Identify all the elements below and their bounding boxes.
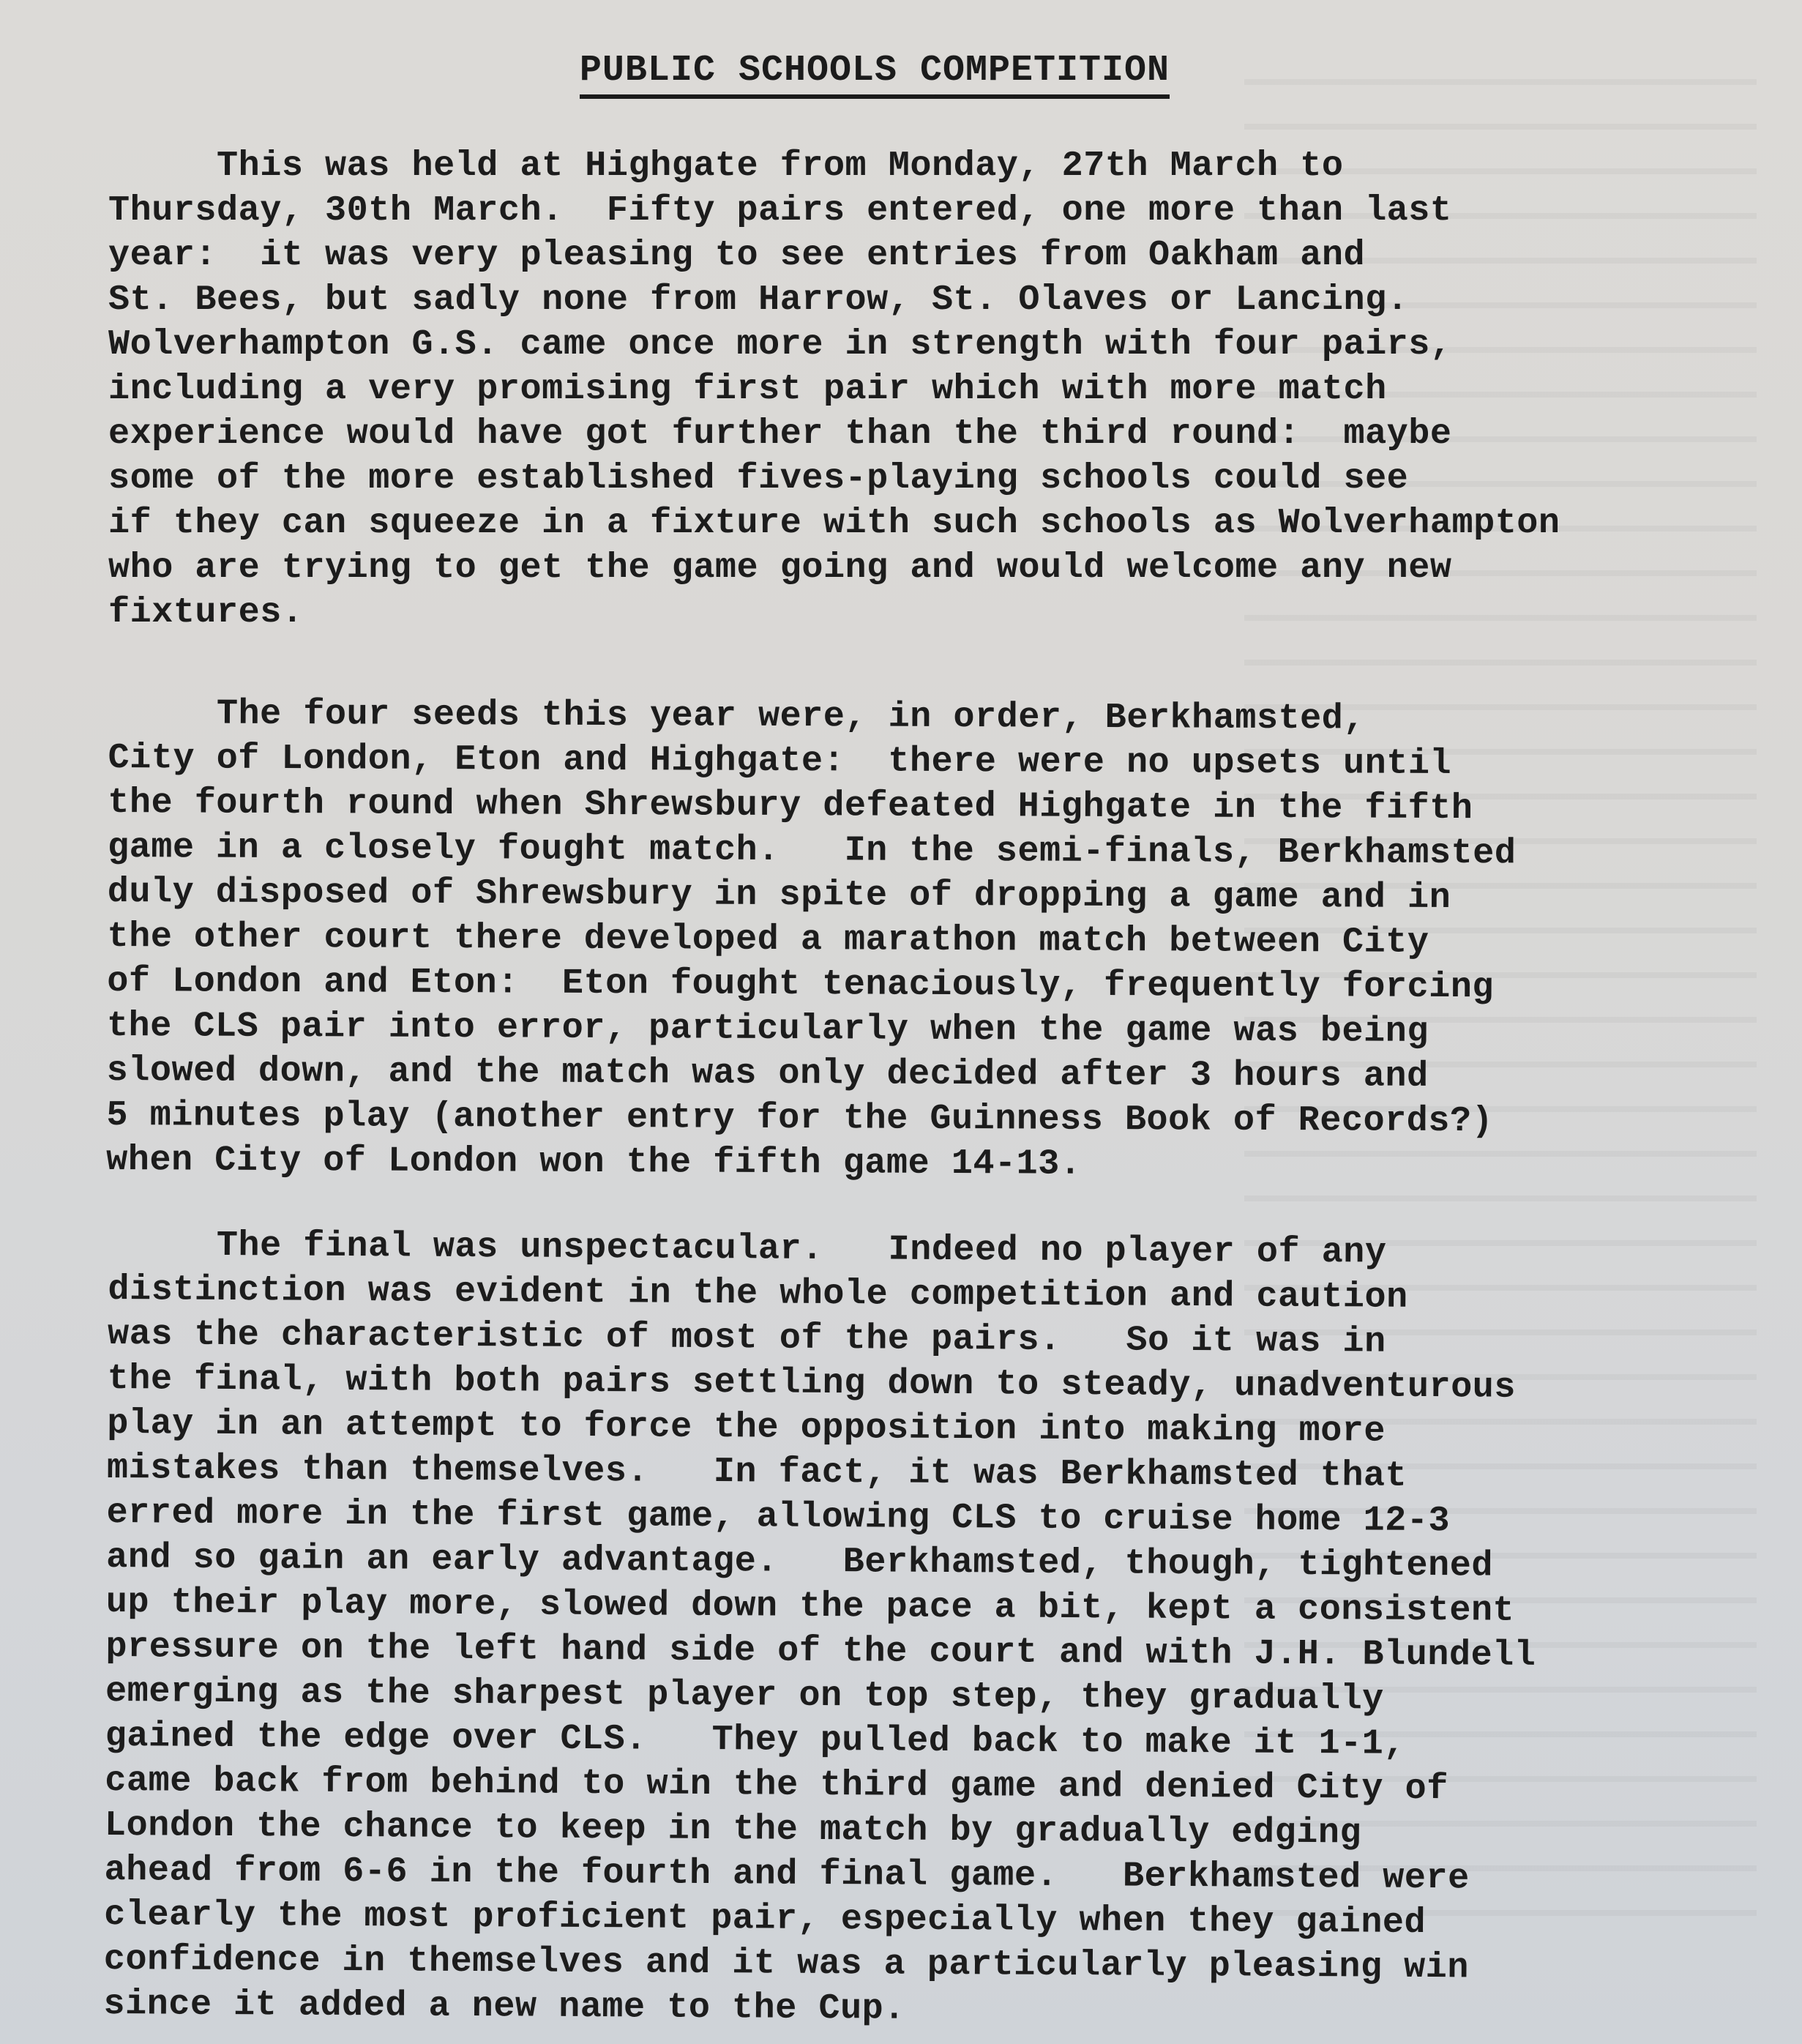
text-line: duly disposed of Shrewsbury in spite of … [108,870,1517,920]
text-line: if they can squeeze in a fixture with su… [108,501,1560,545]
paragraph-seeds-and-semifinals: The four seeds this year were, in order,… [106,691,1517,1188]
page-title-text: PUBLIC SCHOOLS COMPETITION [580,50,1170,99]
text-line: since it added a new name to the Cup. [103,1982,1533,2035]
text-line: year: it was very pleasing to see entrie… [108,233,1560,277]
text-line: the CLS pair into error, particularly wh… [107,1004,1516,1054]
text-line: City of London, Eton and Highgate: there… [108,736,1517,786]
text-line: of London and Eton: Eton fought tenaciou… [107,959,1516,1010]
text-line: the other court there developed a marath… [107,914,1516,965]
text-line: experience would have got further than t… [108,411,1560,456]
typewritten-page: PUBLIC SCHOOLS COMPETITION This was held… [0,0,1802,2044]
text-line: This was held at Highgate from Monday, 2… [108,143,1560,188]
text-line: Thursday, 30th March. Fifty pairs entere… [108,188,1560,233]
text-line: game in a closely fought match. In the s… [108,825,1517,876]
text-line: fixtures. [108,590,1560,635]
paragraph-final: The final was unspectacular. Indeed no p… [103,1223,1539,2035]
text-line: including a very promising first pair wh… [108,367,1560,411]
text-line: who are trying to get the game going and… [108,545,1560,590]
text-line: some of the more established fives-playi… [108,456,1560,501]
text-line: St. Bees, but sadly none from Harrow, St… [108,277,1560,322]
text-line: The four seeds this year were, in order,… [108,691,1517,742]
text-line: the fourth round when Shrewsbury defeate… [108,780,1517,831]
text-line: when City of London won the fifth game 1… [106,1138,1515,1188]
page-title: PUBLIC SCHOOLS COMPETITION [0,50,1749,92]
text-line: Wolverhampton G.S. came once more in str… [108,322,1560,367]
text-line: 5 minutes play (another entry for the Gu… [106,1093,1515,1144]
text-line: slowed down, and the match was only deci… [107,1048,1516,1099]
paragraph-venue-and-entries: This was held at Highgate from Monday, 2… [108,143,1560,635]
